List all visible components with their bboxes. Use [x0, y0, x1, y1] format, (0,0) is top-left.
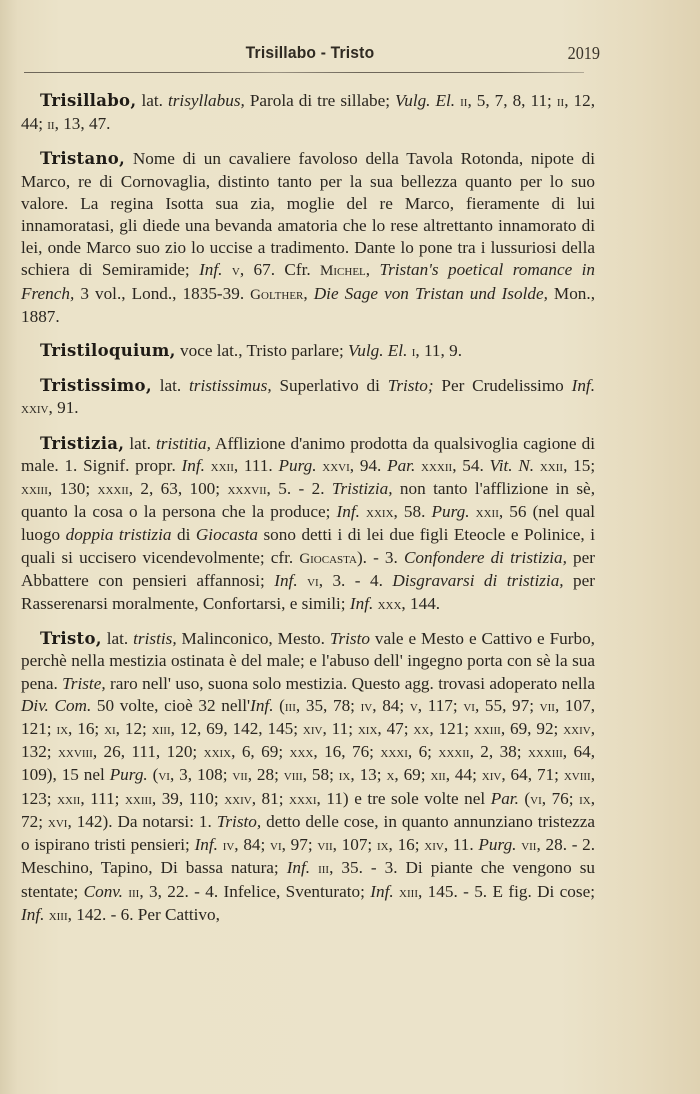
- text-segment: , 3, 22. - 4. Infelice, Sventurato;: [139, 882, 370, 901]
- italic-text: Vulg. El.: [395, 91, 455, 110]
- italic-text: Inf.: [350, 594, 373, 613]
- text-segment: , 12, 69, 142, 145;: [171, 719, 303, 738]
- text-segment: , 69;: [394, 765, 430, 784]
- text-segment: , 117;: [418, 696, 464, 715]
- dictionary-body: Trisillabo, lat. trisyllabus, Parola di …: [21, 90, 595, 939]
- smallcaps-text: Giocasta: [299, 551, 357, 567]
- smallcaps-text: ix: [339, 768, 351, 784]
- smallcaps-text: Golther: [250, 287, 303, 303]
- text-segment: , 76;: [542, 789, 579, 808]
- smallcaps-text: xxiii: [125, 792, 152, 808]
- text-segment: , 11;: [322, 719, 357, 738]
- smallcaps-text: xxvi: [322, 459, 350, 475]
- italic-text: Par.: [387, 456, 415, 475]
- text-segment: , 28;: [248, 765, 284, 784]
- italic-text: Inf.: [337, 502, 360, 521]
- smallcaps-text: xiii: [399, 885, 418, 901]
- italic-text: Vulg. El.: [348, 341, 407, 360]
- italic-text: Triste,: [62, 674, 105, 693]
- italic-text: Inf.: [287, 858, 310, 877]
- italic-text: Purg.: [478, 835, 516, 854]
- smallcaps-text: ii: [47, 117, 54, 133]
- text-segment: , 35, 78;: [296, 696, 361, 715]
- text-segment: lat.: [136, 91, 168, 110]
- italic-text: Inf.: [250, 696, 273, 715]
- smallcaps-text: xi: [104, 722, 116, 738]
- text-segment: , 16, 76;: [313, 742, 380, 761]
- smallcaps-text: vii: [521, 838, 536, 854]
- entry-trisillabo: Trisillabo, lat. trisyllabus, Parola di …: [21, 90, 595, 136]
- italic-text: doppia tristizia: [66, 525, 172, 544]
- text-segment: , 11) e tre sole volte nel: [317, 789, 491, 808]
- text-segment: , 5. - 2.: [267, 479, 332, 498]
- text-segment: lat.: [152, 376, 189, 395]
- text-segment: ,: [366, 260, 380, 279]
- italic-text: Conv.: [84, 882, 123, 901]
- text-segment: , 69, 92;: [501, 719, 563, 738]
- smallcaps-text: xxix: [366, 505, 394, 521]
- italic-text: tristis,: [133, 629, 176, 648]
- text-segment: [310, 858, 318, 877]
- smallcaps-text: xxiv: [224, 792, 252, 808]
- text-segment: , 16;: [68, 719, 104, 738]
- smallcaps-text: vi: [530, 792, 542, 808]
- italic-text: Giocasta: [196, 525, 258, 544]
- entry-definition: Nome di un cavaliere favoloso della Tavo…: [21, 149, 595, 325]
- text-segment: , 111.: [234, 456, 279, 475]
- smallcaps-text: xxxii: [438, 745, 469, 761]
- smallcaps-text: xxxvii: [227, 482, 266, 498]
- headword: Tristano,: [40, 149, 125, 168]
- text-segment: , 107;: [333, 835, 377, 854]
- italic-text: Inf.: [274, 571, 297, 590]
- smallcaps-text: iii: [318, 861, 329, 877]
- text-segment: , 16;: [389, 835, 425, 854]
- smallcaps-text: xviii: [564, 768, 591, 784]
- text-segment: , 3. - 4.: [319, 571, 393, 590]
- text-segment: 3 vol., Lond., 1835-39.: [74, 284, 250, 303]
- italic-text: Vit. N.: [490, 456, 535, 475]
- text-segment: , 47;: [377, 719, 413, 738]
- smallcaps-text: xxxi: [289, 792, 317, 808]
- italic-text: trisyllabus,: [168, 91, 245, 110]
- italic-text: Purg.: [432, 502, 470, 521]
- smallcaps-text: vi: [307, 574, 319, 590]
- text-segment: , 12;: [116, 719, 152, 738]
- smallcaps-text: iv: [361, 699, 373, 715]
- text-segment: , 121;: [429, 719, 474, 738]
- text-segment: [298, 571, 307, 590]
- text-segment: , 58;: [303, 765, 339, 784]
- entry-tristiloquium: Tristiloquium, voce lat., Tristo parlare…: [21, 340, 595, 363]
- text-segment: , 13, 47.: [55, 114, 111, 133]
- italic-text: tristitia,: [156, 434, 211, 453]
- text-segment: , 58.: [394, 502, 432, 521]
- smallcaps-text: xiv: [424, 838, 444, 854]
- text-segment: di: [171, 525, 195, 544]
- smallcaps-text: xxxii: [98, 482, 129, 498]
- smallcaps-text: xiv: [303, 722, 323, 738]
- text-segment: , 44;: [446, 765, 482, 784]
- headword: Tristiloquium,: [40, 341, 176, 360]
- entry-definition: voce lat., Tristo parlare; Vulg. El. i, …: [176, 341, 462, 360]
- smallcaps-text: xxix: [204, 745, 232, 761]
- text-segment: , 145. - 5. E fig. Di cose;: [418, 882, 595, 901]
- running-header: Trisillabo - Tristo 2019: [20, 40, 600, 70]
- text-segment: lat.: [124, 434, 156, 453]
- text-segment: , 6;: [408, 742, 439, 761]
- italic-text: Div. Com.: [21, 696, 91, 715]
- text-segment: (: [274, 696, 285, 715]
- text-segment: , 2, 63, 100;: [129, 479, 228, 498]
- text-segment: Superlativo di: [272, 376, 388, 395]
- smallcaps-text: xxiii: [474, 722, 501, 738]
- text-segment: , 54.: [452, 456, 489, 475]
- text-segment: Per Crudelissimo: [434, 376, 572, 395]
- italic-text: Purg.: [110, 765, 148, 784]
- text-segment: lat.: [102, 629, 133, 648]
- text-segment: , 81;: [252, 789, 289, 808]
- text-segment: , 130;: [48, 479, 98, 498]
- smallcaps-text: viii: [284, 768, 303, 784]
- text-segment: (: [519, 789, 530, 808]
- smallcaps-text: xxii: [57, 792, 80, 808]
- text-segment: , 142. - 6. Per Cattivo,: [68, 905, 220, 924]
- text-segment: , 55, 97;: [475, 696, 540, 715]
- text-segment: , 64, 71;: [501, 765, 563, 784]
- headword: Trisillabo,: [40, 91, 136, 110]
- smallcaps-text: xx: [413, 722, 429, 738]
- text-segment: [222, 260, 231, 279]
- text-segment: (: [148, 765, 159, 784]
- smallcaps-text: xxiv: [563, 722, 591, 738]
- smallcaps-text: xxxi: [380, 745, 408, 761]
- text-segment: , 11.: [444, 835, 479, 854]
- smallcaps-text: xii: [430, 768, 445, 784]
- header-title: Trisillabo - Tristo: [43, 43, 577, 63]
- italic-text: Tristo: [330, 629, 370, 648]
- text-segment: , 2, 38;: [470, 742, 528, 761]
- text-segment: 50 volte, cioè 32 nell': [91, 696, 250, 715]
- text-segment: voce lat., Tristo parlare;: [176, 341, 348, 360]
- smallcaps-text: xix: [358, 722, 378, 738]
- smallcaps-text: vii: [232, 768, 247, 784]
- text-segment: ). - 3.: [357, 548, 404, 567]
- entry-tristissimo: Tristissimo, lat. tristissimus, Superlat…: [21, 375, 595, 420]
- smallcaps-text: xxxii: [421, 459, 452, 475]
- text-segment: , 97;: [282, 835, 318, 854]
- text-segment: , 13;: [350, 765, 386, 784]
- smallcaps-text: xxx: [378, 597, 402, 613]
- smallcaps-text: ix: [377, 838, 389, 854]
- smallcaps-text: xxxiii: [528, 745, 563, 761]
- headword: Tristissimo,: [40, 376, 152, 395]
- text-segment: , 142). Da notarsi: 1.: [67, 812, 216, 831]
- smallcaps-text: xvi: [48, 815, 68, 831]
- text-segment: , 67. Cfr.: [240, 260, 320, 279]
- smallcaps-text: iv: [223, 838, 235, 854]
- italic-text: tristissimus,: [189, 376, 272, 395]
- text-segment: , 39, 110;: [152, 789, 224, 808]
- smallcaps-text: xiv: [482, 768, 502, 784]
- smallcaps-text: xxii: [476, 505, 499, 521]
- italic-text: Confondere di tristizia,: [404, 548, 567, 567]
- italic-text: Inf.: [21, 905, 44, 924]
- smallcaps-text: xxiv: [21, 401, 49, 417]
- smallcaps-text: vi: [463, 699, 475, 715]
- italic-text: Inf.: [370, 882, 393, 901]
- smallcaps-text: Michel: [320, 263, 366, 279]
- smallcaps-text: xxii: [540, 459, 563, 475]
- smallcaps-text: vii: [317, 838, 332, 854]
- smallcaps-text: vii: [540, 699, 555, 715]
- smallcaps-text: iii: [128, 885, 139, 901]
- smallcaps-text: ix: [56, 722, 68, 738]
- italic-text: Tristo,: [217, 812, 261, 831]
- entry-tristizia: Tristizia, lat. tristitia, Afflizione d'…: [21, 433, 595, 617]
- smallcaps-text: ix: [579, 792, 591, 808]
- headword: Tristo,: [40, 629, 102, 648]
- smallcaps-text: xxiii: [21, 482, 48, 498]
- text-segment: raro nell' uso, suona solo mestizia. Que…: [106, 674, 595, 693]
- text-segment: , 111;: [80, 789, 125, 808]
- italic-text: Inf.: [195, 835, 218, 854]
- page-number: 2019: [568, 43, 600, 64]
- italic-text: Purg.: [278, 456, 316, 475]
- smallcaps-text: iii: [285, 699, 296, 715]
- italic-text: Tristo;: [388, 376, 434, 395]
- smallcaps-text: vi: [270, 838, 282, 854]
- entry-tristano: Tristano, Nome di un cavaliere favoloso …: [21, 148, 595, 328]
- italic-text: Inf.: [572, 376, 595, 395]
- headword: Tristizia,: [40, 434, 124, 453]
- smallcaps-text: xiii: [152, 722, 171, 738]
- text-segment: , 94.: [350, 456, 387, 475]
- smallcaps-text: xxx: [290, 745, 314, 761]
- italic-text: Disgravarsi di tristizia,: [392, 571, 563, 590]
- text-segment: , 6, 69;: [231, 742, 289, 761]
- text-segment: , 11, 9.: [415, 341, 462, 360]
- text-segment: , 84;: [372, 696, 410, 715]
- italic-text: Die Sage von Tristan und Isolde,: [314, 284, 548, 303]
- italic-text: Inf.: [182, 456, 205, 475]
- entry-tristo: Tristo, lat. tristis, Malinconico, Mesto…: [21, 628, 595, 927]
- smallcaps-text: xxviii: [58, 745, 93, 761]
- smallcaps-text: v: [410, 699, 418, 715]
- italic-text: Tristizia,: [332, 479, 393, 498]
- smallcaps-text: vi: [158, 768, 170, 784]
- smallcaps-text: xxii: [211, 459, 234, 475]
- text-segment: , 26, 111, 120;: [93, 742, 204, 761]
- text-segment: Parola di tre sillabe;: [245, 91, 395, 110]
- text-segment: , 144.: [401, 594, 440, 613]
- smallcaps-text: v: [232, 263, 240, 279]
- text-segment: , 91.: [49, 398, 79, 417]
- text-segment: Malinconico, Mesto.: [177, 629, 330, 648]
- smallcaps-text: xiii: [49, 908, 68, 924]
- italic-text: Inf.: [199, 260, 222, 279]
- header-rule: [24, 72, 584, 73]
- text-segment: , 3, 108;: [170, 765, 232, 784]
- text-segment: , 84;: [234, 835, 270, 854]
- text-segment: , 15;: [563, 456, 595, 475]
- italic-text: Par.: [491, 789, 519, 808]
- entry-definition: lat. tristis, Malinconico, Mesto. Tristo…: [21, 629, 595, 923]
- text-segment: , 5, 7, 8, 11;: [467, 91, 556, 110]
- text-segment: ,: [303, 284, 313, 303]
- entry-definition: lat. tristitia, Afflizione d'animo prodo…: [21, 434, 595, 613]
